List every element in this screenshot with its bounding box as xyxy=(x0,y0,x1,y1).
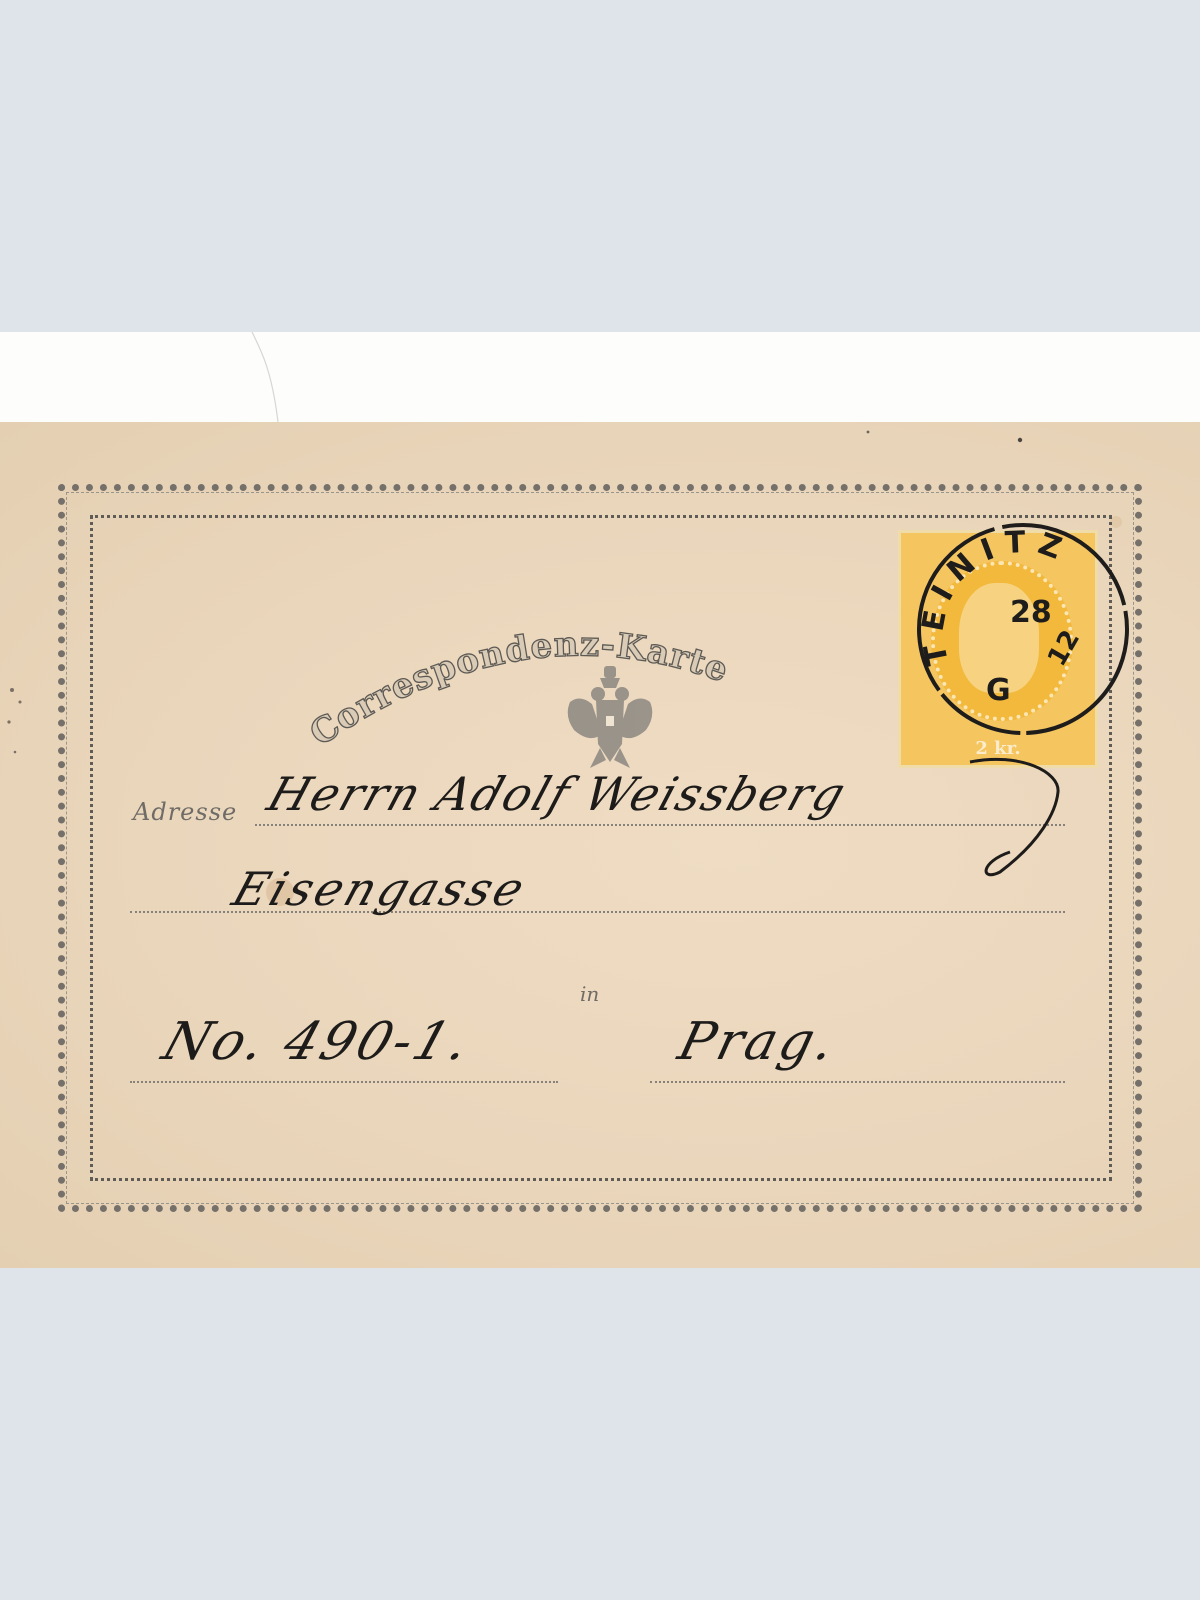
card-title-text: Correspondenz-Karte xyxy=(303,624,734,754)
street-line xyxy=(130,1081,558,1083)
paper-crease xyxy=(250,332,290,422)
handwritten-house-number: No. 490-1. xyxy=(155,1012,480,1072)
handwriting-flourish xyxy=(960,752,1100,882)
city-line xyxy=(650,1081,1065,1083)
postmark-day: 28 xyxy=(1010,595,1052,630)
in-label: in xyxy=(580,982,599,1006)
handwritten-recipient: Herrn Adolf Weissberg xyxy=(261,767,854,821)
postmark-letter: G xyxy=(986,673,1011,708)
handwritten-street: Eisengasse xyxy=(226,862,534,916)
address-label: Adresse xyxy=(133,798,237,826)
postmark-cancel: TEINITZ 28 12 G xyxy=(912,518,1134,740)
scan-margin xyxy=(0,332,1200,422)
address-line-1 xyxy=(255,824,1065,826)
correspondence-card: Correspondenz-Karte 2 kr. TEINITZ 28 12 … xyxy=(0,422,1200,1268)
double-headed-eagle-icon xyxy=(560,664,660,774)
handwritten-city: Prag. xyxy=(673,1012,844,1072)
postmark-month: 12 xyxy=(1042,625,1086,671)
svg-text:Correspondenz-Karte: Correspondenz-Karte xyxy=(303,624,734,754)
